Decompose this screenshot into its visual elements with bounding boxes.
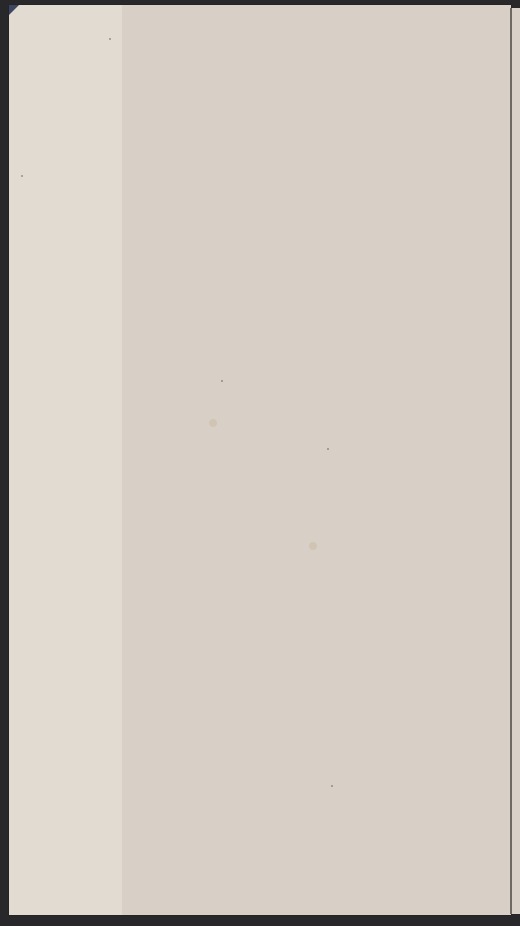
page-main-area	[122, 5, 511, 915]
page-corner	[9, 5, 19, 15]
paper-speck	[327, 448, 329, 450]
paper-speck	[331, 785, 333, 787]
page-fold-flap	[9, 5, 122, 915]
blank-page	[9, 5, 511, 915]
paper-speck	[221, 380, 223, 382]
paper-stain	[309, 542, 317, 550]
next-page-sliver	[512, 8, 520, 914]
paper-stain	[209, 419, 217, 427]
paper-speck	[109, 38, 111, 40]
paper-speck	[21, 175, 23, 177]
